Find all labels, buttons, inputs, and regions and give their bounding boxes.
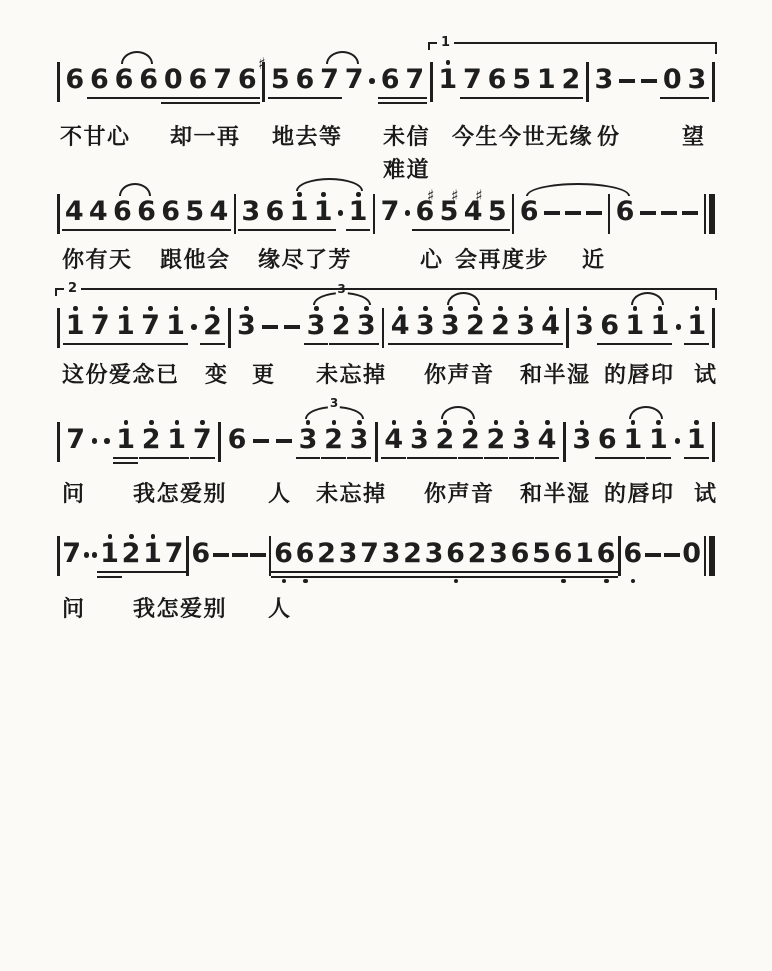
note-1: 1 xyxy=(166,310,185,342)
beam-line xyxy=(138,343,163,345)
note-3: 3 xyxy=(307,310,326,342)
note-3: 3 xyxy=(425,538,444,570)
note-5: 5 xyxy=(185,196,204,228)
music-system-4: 7121763234322234361113 xyxy=(57,424,715,470)
octave-dot-below xyxy=(631,579,636,584)
octave-dot-above xyxy=(123,306,128,311)
note-3: 3 xyxy=(416,310,435,342)
note-2: 2 xyxy=(435,424,454,456)
note-3: 3 xyxy=(575,310,594,342)
barline xyxy=(618,536,621,576)
note-6: 6 xyxy=(161,196,180,228)
octave-dot-above xyxy=(244,306,249,311)
note-3: 3 xyxy=(299,424,318,456)
duration-dot xyxy=(104,438,110,444)
note-1: 1 xyxy=(116,424,135,456)
octave-dot-above xyxy=(297,192,302,197)
octave-dot-above xyxy=(549,306,554,311)
note-4: 4 xyxy=(65,196,84,228)
note-7: 7 xyxy=(91,310,110,342)
lyric-word: 近 xyxy=(582,243,606,274)
note-7: 7 xyxy=(381,196,400,228)
note-1: 1 xyxy=(349,196,368,228)
sharp-icon: ♯ xyxy=(451,188,459,204)
octave-dot-above xyxy=(151,534,156,539)
beam-line xyxy=(161,102,186,104)
note-1: 1 xyxy=(167,424,186,456)
lyric-word: 问 xyxy=(62,477,86,508)
barline xyxy=(608,194,611,234)
note-5: 5♯ xyxy=(488,196,507,228)
final-barline xyxy=(704,194,715,234)
lyric-word: 会再度步 xyxy=(455,243,549,274)
beam-line xyxy=(206,229,231,231)
octave-dot-above xyxy=(124,420,129,425)
note-5: 5 xyxy=(532,538,551,570)
note-6: 6 xyxy=(191,538,210,570)
note-1: 1 xyxy=(143,538,162,570)
octave-dot-above xyxy=(694,420,699,425)
note-3: 3 xyxy=(237,310,256,342)
note-6: 6 xyxy=(115,64,134,96)
note-2: 2 xyxy=(491,310,510,342)
sharp-icon: ♯ xyxy=(427,188,435,204)
note-7: 7 xyxy=(320,64,339,96)
note-6: 6 xyxy=(600,310,619,342)
beam-line xyxy=(620,457,645,459)
note-5: 5♯ xyxy=(271,64,290,96)
beam-line xyxy=(378,102,403,104)
beam-line xyxy=(63,343,88,345)
note-4: 4 xyxy=(209,196,228,228)
note-1: 1 xyxy=(537,64,556,96)
beam-line xyxy=(381,457,406,459)
octave-dot-above xyxy=(398,306,403,311)
beam-line xyxy=(88,343,113,345)
note-7: 7 xyxy=(463,64,482,96)
note-6: 6 xyxy=(381,64,400,96)
note-1: 1 xyxy=(575,538,594,570)
barline xyxy=(375,422,378,462)
volta-bracket-2: 2 xyxy=(55,288,717,300)
barline xyxy=(430,62,433,102)
note-2: 2 xyxy=(324,424,343,456)
duration-dot xyxy=(191,324,197,330)
volta-number: 2 xyxy=(64,282,81,296)
octave-dot-above xyxy=(98,306,103,311)
beam-line xyxy=(594,571,619,573)
note-3: 3 xyxy=(595,64,614,96)
slur xyxy=(526,183,630,196)
dash-extension xyxy=(213,553,229,557)
octave-dot-above xyxy=(314,306,319,311)
note-7: 7 xyxy=(66,424,85,456)
note-6: 6 xyxy=(228,424,247,456)
slur xyxy=(629,406,663,419)
volta-number: 1 xyxy=(437,36,454,50)
music-system-1: 666606765♯677671765123031 xyxy=(57,64,715,110)
note-1: 1 xyxy=(314,196,333,228)
note-6: 6 xyxy=(65,64,84,96)
slur xyxy=(121,51,153,64)
note-1: 1 xyxy=(649,424,668,456)
barline xyxy=(373,194,376,234)
duration-dot xyxy=(92,438,98,444)
note-3: 3 xyxy=(489,538,508,570)
lyric-word: 变 xyxy=(205,358,229,389)
note-2: 2 xyxy=(203,310,222,342)
beam-line xyxy=(463,343,488,345)
beam-line xyxy=(161,97,186,99)
lyric-word: 未忘掉 xyxy=(316,358,387,389)
note-0: 0 xyxy=(164,64,183,96)
note-2: 2 xyxy=(466,310,485,342)
duration-dot xyxy=(92,552,98,558)
octave-dot-above xyxy=(364,306,369,311)
note-3: 3 xyxy=(339,538,358,570)
beam-line xyxy=(458,457,483,459)
barline xyxy=(57,308,60,348)
beam-line xyxy=(97,576,122,578)
lyric-word: 却一再 xyxy=(170,120,241,151)
note-7: 7 xyxy=(165,538,184,570)
beam-line xyxy=(182,229,207,231)
note-6: 6 xyxy=(446,538,465,570)
beam-line xyxy=(235,97,260,99)
duration-dot xyxy=(84,552,90,558)
note-5: 5 xyxy=(512,64,531,96)
octave-dot-above xyxy=(580,420,585,425)
note-6: 6 xyxy=(90,64,109,96)
barline xyxy=(512,194,515,234)
octave-dot-above xyxy=(443,420,448,425)
beam-line xyxy=(354,343,379,345)
dash-extension xyxy=(682,211,698,215)
note-6: 6 xyxy=(616,196,635,228)
beam-line xyxy=(163,343,188,345)
beam-line xyxy=(162,571,187,573)
beam-line xyxy=(437,229,462,231)
note-3: 3 xyxy=(241,196,260,228)
lyric-word: 人 xyxy=(268,592,292,623)
beam-line xyxy=(513,343,538,345)
note-1: 1 xyxy=(687,424,706,456)
note-6: 6 xyxy=(139,64,158,96)
slur xyxy=(119,183,151,196)
note-7: 7 xyxy=(360,538,379,570)
sharp-icon: ♯ xyxy=(258,56,266,72)
beam-line xyxy=(388,343,413,345)
beam-line xyxy=(235,102,260,104)
note-2: 2 xyxy=(403,538,422,570)
beam-line xyxy=(559,97,584,99)
octave-dot-above xyxy=(695,306,700,311)
beam-line xyxy=(509,457,534,459)
beam-line xyxy=(647,343,672,345)
note-2: 2 xyxy=(461,424,480,456)
volta-start-tick xyxy=(428,42,430,50)
dash-extension xyxy=(262,325,278,329)
lyric-word: 望 xyxy=(682,120,706,151)
lyric-word-alt: 难道 xyxy=(383,153,430,184)
octave-dot-above xyxy=(356,192,361,197)
beam-line xyxy=(329,343,354,345)
beam-line xyxy=(402,102,427,104)
lyric-word: 未忘掉 xyxy=(316,477,387,508)
octave-dot-above xyxy=(417,420,422,425)
beam-line xyxy=(113,457,138,459)
lyric-word: 的唇印 xyxy=(604,358,675,389)
note-3: 3 xyxy=(357,310,376,342)
note-0: 0 xyxy=(682,538,701,570)
music-system-2: 446665436111765♯4♯5♯66 xyxy=(57,196,715,242)
note-6: 6 xyxy=(296,538,315,570)
note-1: 1 xyxy=(66,310,85,342)
octave-dot-above xyxy=(633,306,638,311)
octave-dot-above xyxy=(446,60,451,65)
beam-line xyxy=(200,343,225,345)
beam-line xyxy=(684,457,709,459)
beam-line xyxy=(438,343,463,345)
beam-line xyxy=(292,97,317,99)
dash-extension xyxy=(284,325,300,329)
beam-line xyxy=(263,229,288,231)
barline xyxy=(382,308,385,348)
note-2: 2 xyxy=(142,424,161,456)
music-system-3: 171712332343322343611132 xyxy=(57,310,715,356)
beam-line xyxy=(210,102,235,104)
beam-line xyxy=(460,97,485,99)
note-6: 6 xyxy=(598,424,617,456)
beam-line xyxy=(509,97,534,99)
note-2: 2 xyxy=(562,64,581,96)
beam-line xyxy=(685,97,710,99)
lyric-word: 的唇印 xyxy=(604,477,675,508)
beam-line xyxy=(378,97,403,99)
beam-line xyxy=(488,343,513,345)
volta-bracket-1: 1 xyxy=(428,42,717,54)
octave-dot-above xyxy=(357,420,362,425)
octave-dot-above xyxy=(332,420,337,425)
lyric-word: 我怎爱别 xyxy=(133,477,227,508)
note-1: 1 xyxy=(290,196,309,228)
dash-extension xyxy=(253,439,269,443)
barline xyxy=(57,422,60,462)
note-6: 6 xyxy=(520,196,539,228)
octave-dot-below xyxy=(454,579,459,584)
final-barline xyxy=(704,536,715,576)
note-2: 2 xyxy=(122,538,141,570)
dash-extension xyxy=(641,79,657,83)
barline xyxy=(712,62,715,102)
beam-line xyxy=(112,97,137,99)
dash-extension xyxy=(544,211,560,215)
dash-extension xyxy=(664,553,680,557)
lyric-word: 试 xyxy=(694,358,718,389)
octave-dot-above xyxy=(468,420,473,425)
octave-dot-below xyxy=(561,579,566,584)
beam-line xyxy=(684,343,709,345)
note-7: 7 xyxy=(213,64,232,96)
duration-dot xyxy=(338,210,344,216)
beam-line xyxy=(87,97,112,99)
octave-dot-above xyxy=(583,306,588,311)
octave-dot-above xyxy=(175,420,180,425)
beam-line xyxy=(268,97,293,99)
beam-line xyxy=(461,229,486,231)
octave-dot-above xyxy=(108,534,113,539)
note-4: 4 xyxy=(384,424,403,456)
note-7: 7 xyxy=(193,424,212,456)
tuplet-number: 3 xyxy=(328,397,340,409)
volta-start-tick xyxy=(55,288,57,296)
lyric-word: 跟他会 xyxy=(160,243,231,274)
note-4: 4 xyxy=(538,424,557,456)
barline xyxy=(186,536,189,576)
beam-line xyxy=(210,97,235,99)
dash-extension xyxy=(619,79,635,83)
beam-line xyxy=(113,343,138,345)
dash-extension xyxy=(565,211,581,215)
octave-dot-below xyxy=(303,579,308,584)
note-4: 4 xyxy=(89,196,108,228)
lyric-word: 缘尽了芳 xyxy=(258,243,352,274)
duration-dot xyxy=(675,438,681,444)
beam-line xyxy=(595,457,620,459)
beam-line xyxy=(287,229,312,231)
note-6: 6 xyxy=(238,64,257,96)
beam-line xyxy=(62,229,87,231)
octave-dot-above xyxy=(656,420,661,425)
beam-line xyxy=(622,343,647,345)
beam-line xyxy=(311,229,336,231)
note-6: 6 xyxy=(295,64,314,96)
slur xyxy=(326,51,359,64)
octave-dot-above xyxy=(519,420,524,425)
beam-line xyxy=(534,97,559,99)
beam-line xyxy=(646,457,671,459)
beam-line xyxy=(186,102,211,104)
dash-extension xyxy=(661,211,677,215)
octave-dot-above xyxy=(392,420,397,425)
beam-line xyxy=(594,576,619,578)
dash-extension xyxy=(645,553,661,557)
beam-line xyxy=(660,97,685,99)
barline xyxy=(586,62,589,102)
note-3: 3 xyxy=(688,64,707,96)
beam-line xyxy=(113,462,138,464)
note-4: 4 xyxy=(541,310,560,342)
sheet-music-page: 666606765♯677671765123031不甘心却一再地去等未信今生今世… xyxy=(0,0,772,971)
beam-line xyxy=(296,457,321,459)
octave-dot-above xyxy=(129,534,134,539)
octave-dot-above xyxy=(174,306,179,311)
note-7: 7 xyxy=(345,64,364,96)
note-1: 1 xyxy=(438,64,457,96)
beam-line xyxy=(407,457,432,459)
beam-line xyxy=(86,229,111,231)
beam-line xyxy=(485,229,510,231)
beam-line xyxy=(110,229,135,231)
beam-line xyxy=(136,97,161,99)
octave-dot-above xyxy=(306,420,311,425)
note-6: 6 xyxy=(554,538,573,570)
note-1: 1 xyxy=(650,310,669,342)
beam-line xyxy=(304,343,329,345)
slur xyxy=(296,178,363,191)
note-6: 6 xyxy=(274,538,293,570)
lyric-word: 试 xyxy=(694,477,718,508)
lyric-word: 这份爱念已 xyxy=(62,358,180,389)
note-1: 1 xyxy=(687,310,706,342)
octave-dot-above xyxy=(473,306,478,311)
octave-dot-above xyxy=(423,306,428,311)
note-0: 0 xyxy=(663,64,682,96)
octave-dot-below xyxy=(604,579,609,584)
dash-extension xyxy=(250,553,266,557)
beam-line xyxy=(432,457,457,459)
octave-dot-above xyxy=(545,420,550,425)
beam-line xyxy=(134,229,159,231)
note-6: 6 xyxy=(266,196,285,228)
note-3: 3 xyxy=(516,310,535,342)
lyric-word: 问 xyxy=(62,592,86,623)
dash-extension xyxy=(586,211,602,215)
dash-extension xyxy=(640,211,656,215)
note-2: 2 xyxy=(317,538,336,570)
lyric-word: 你声音 xyxy=(424,358,495,389)
note-6: 6 xyxy=(597,538,616,570)
barline xyxy=(57,194,60,234)
sharp-icon: ♯ xyxy=(475,188,483,204)
lyric-word: 更 xyxy=(252,358,276,389)
note-3: 3 xyxy=(441,310,460,342)
beam-line xyxy=(190,457,215,459)
beam-line xyxy=(485,97,510,99)
barline xyxy=(563,422,566,462)
octave-dot-above xyxy=(524,306,529,311)
beam-line xyxy=(535,457,560,459)
beam-line xyxy=(139,457,164,459)
lyric-word: 我怎爱别 xyxy=(133,592,227,623)
note-3: 3 xyxy=(410,424,429,456)
note-7: 7 xyxy=(62,538,81,570)
slur xyxy=(441,406,475,419)
note-6: 6 xyxy=(113,196,132,228)
lyric-word: 你有天 xyxy=(62,243,133,274)
octave-dot-above xyxy=(494,420,499,425)
beam-line xyxy=(317,97,342,99)
note-7: 7 xyxy=(141,310,160,342)
lyric-word: 心 xyxy=(420,243,444,274)
music-system-5: 712176662373236236561660 xyxy=(57,538,715,584)
note-2: 2 xyxy=(332,310,351,342)
octave-dot-below xyxy=(282,579,287,584)
beam-line xyxy=(346,229,371,231)
beam-line xyxy=(158,229,183,231)
barline xyxy=(57,536,60,576)
octave-dot-above xyxy=(200,420,205,425)
barline xyxy=(566,308,569,348)
lyric-word: 今生今世无缘 xyxy=(452,120,593,151)
beam-line xyxy=(321,457,346,459)
barline xyxy=(712,308,715,348)
duration-dot xyxy=(369,78,375,84)
note-6: 6 xyxy=(488,64,507,96)
note-6: 6 xyxy=(189,64,208,96)
note-7: 7 xyxy=(405,64,424,96)
octave-dot-above xyxy=(658,306,663,311)
